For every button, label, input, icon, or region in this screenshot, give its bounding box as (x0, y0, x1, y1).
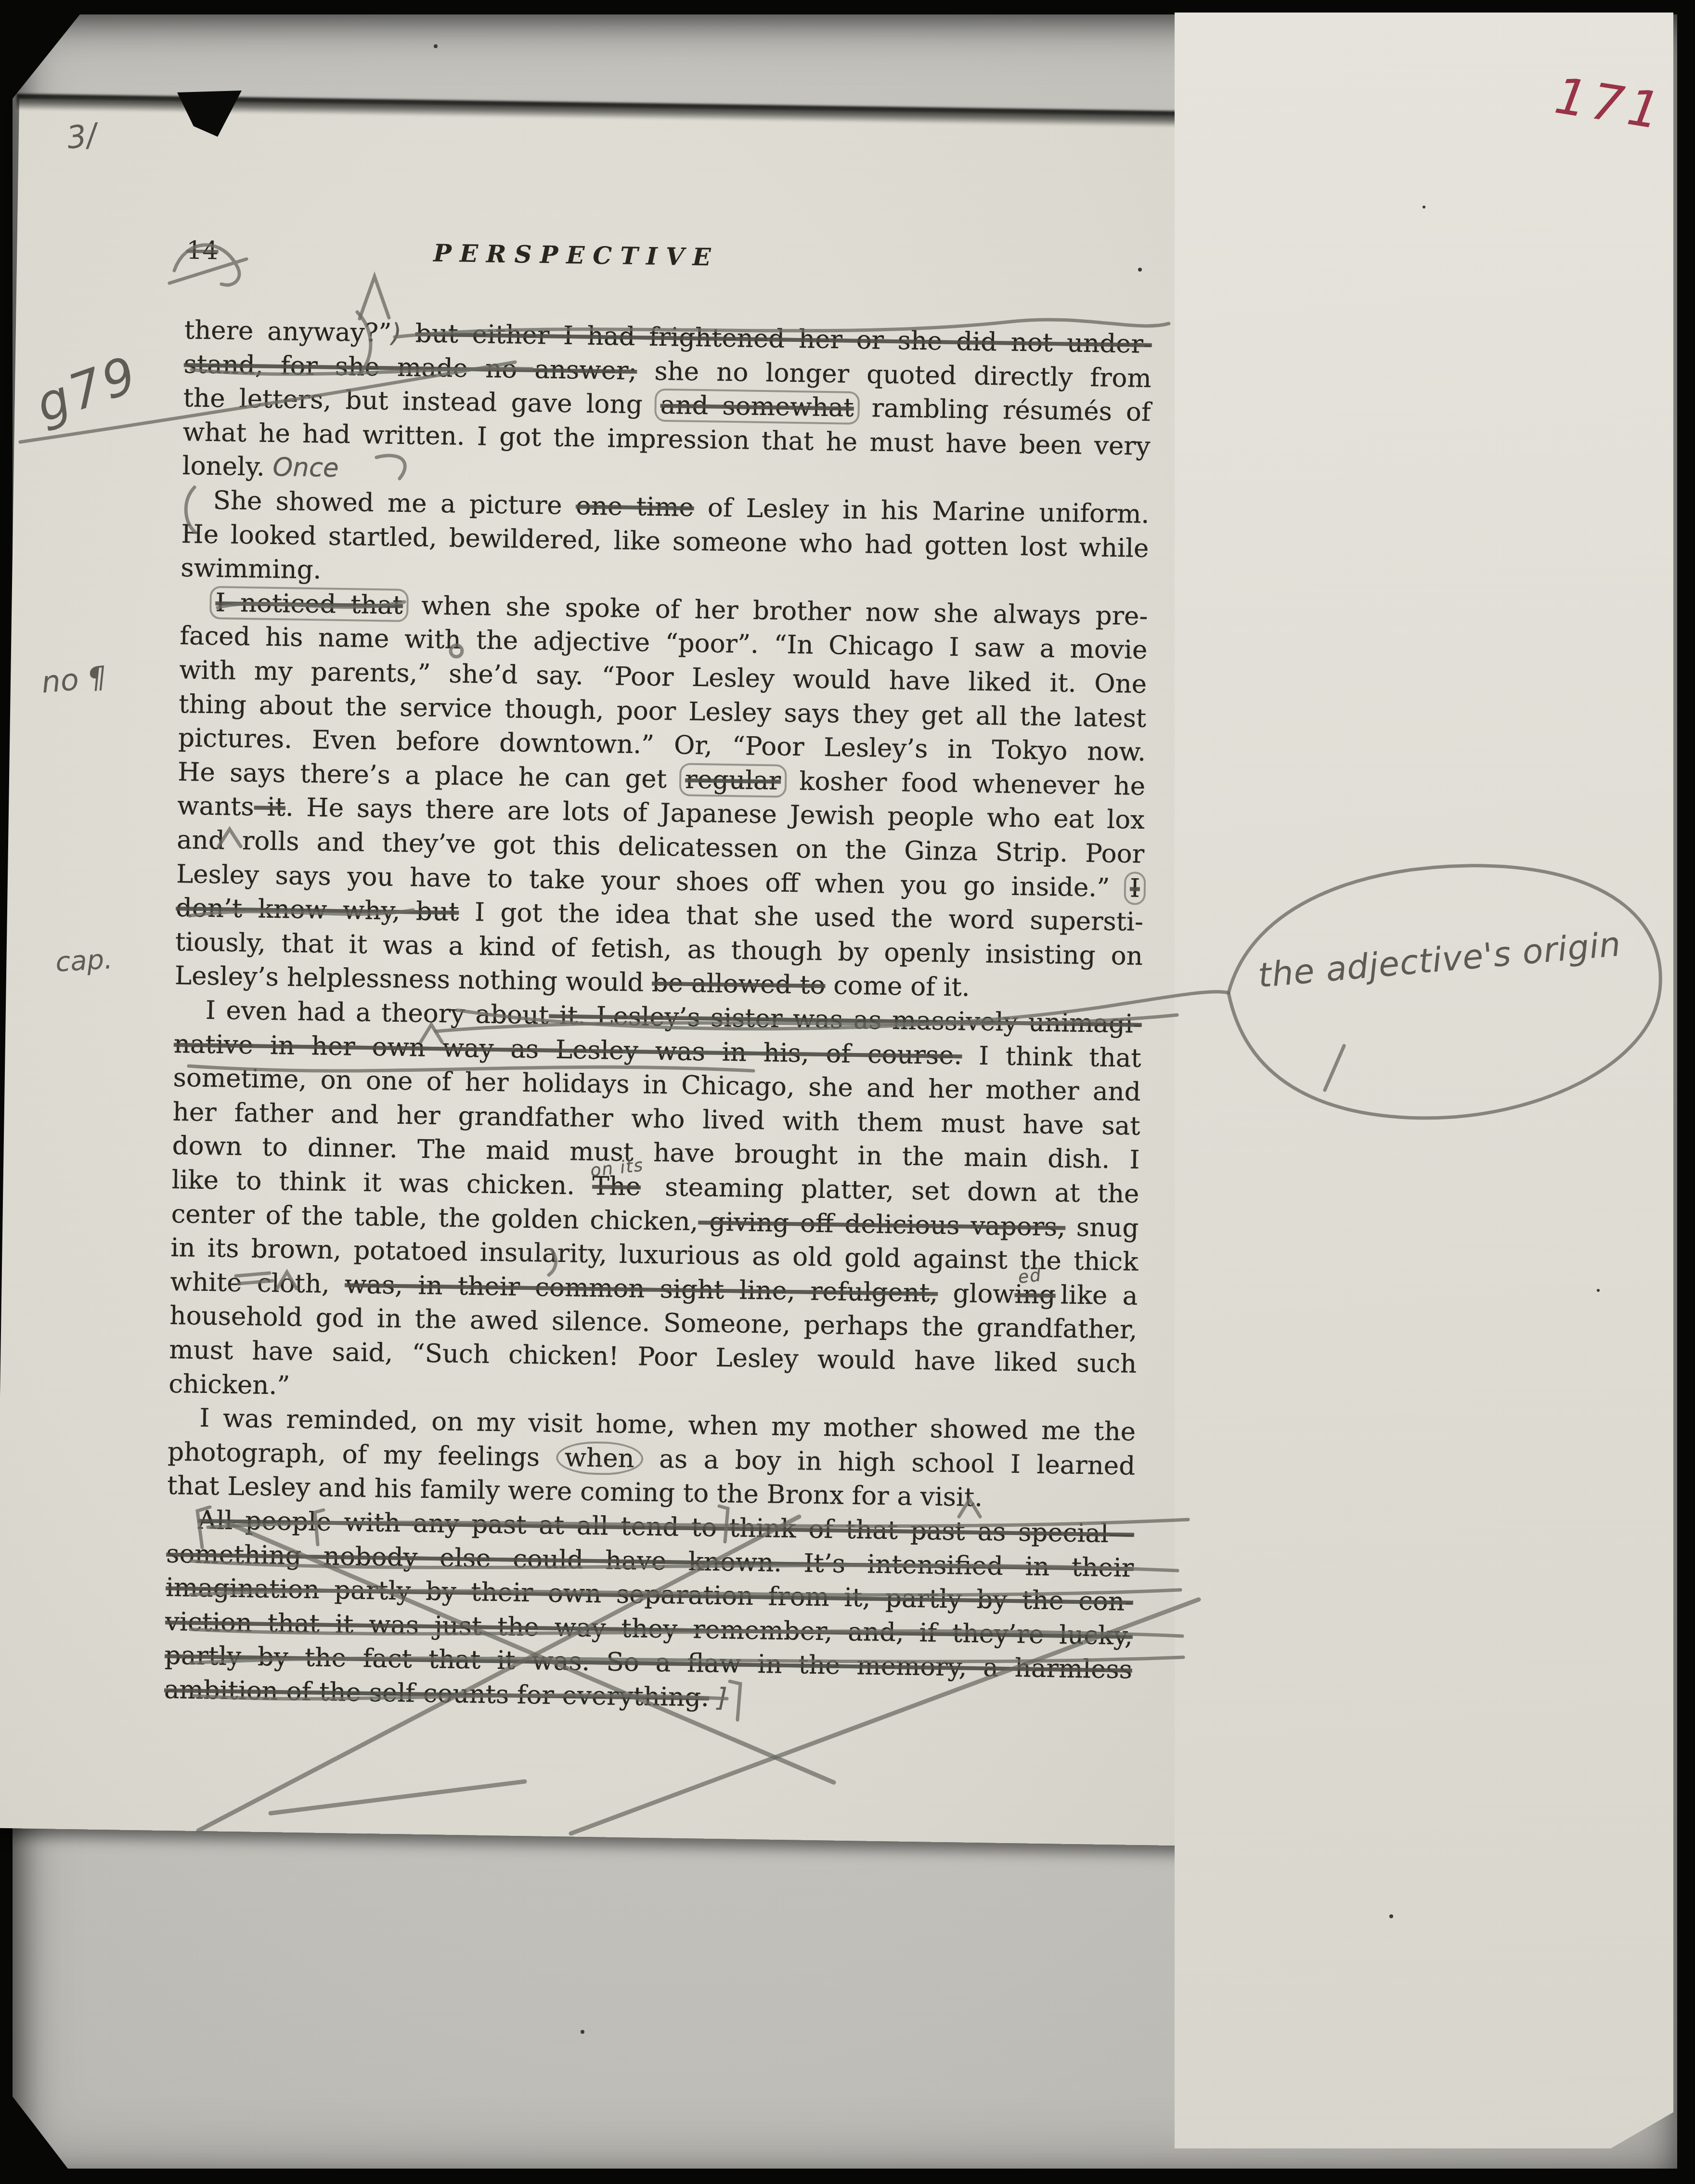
text-segment: glow (938, 1278, 1015, 1309)
blank-paper-strip: 171 the adjective's origin (1175, 13, 1673, 2148)
handwritten-insert: on its (589, 1149, 646, 1188)
boxed-deleted-text: regular (681, 765, 785, 795)
handwritten-insert: ] (709, 1683, 727, 1713)
text-segment: She showed me a picture (213, 486, 576, 520)
red-folio-number: 171 (1551, 66, 1669, 141)
text-segment: lonely. (182, 452, 273, 482)
text-segment: He says there’s a place he can get (178, 757, 682, 794)
struck-text: one time (576, 491, 695, 522)
margin-note-cap: cap. (55, 944, 114, 978)
text-segment: like a (1045, 1280, 1138, 1311)
struck-text: giving off delicious vapors, (698, 1207, 1066, 1242)
margin-note-no-paragraph: no ¶ (40, 659, 108, 700)
text-segment: kosher food whenever he (785, 767, 1146, 801)
boxed-deleted-text: and somewhat (656, 390, 858, 423)
boxed-deleted-text: I (1126, 873, 1144, 903)
struck-text: was, in their common sight line, refulge… (345, 1270, 938, 1308)
page-number: 14 (186, 236, 219, 265)
text-segment: I think that (962, 1041, 1141, 1073)
text-segment: swimming. (181, 553, 322, 585)
boxed-deleted-text: I noticed that (211, 588, 407, 620)
text-segment: snug (1065, 1212, 1139, 1243)
text-segment: of Lesley in his Marine uniform. (694, 493, 1150, 529)
text-segment: the letters, but instead gave long (183, 383, 657, 420)
text-segment: center of the table, the golden chicken, (171, 1199, 699, 1236)
struck-text: be allowed to (652, 968, 826, 1000)
circled-text: when (556, 1441, 643, 1476)
handwritten-insert: ed (1017, 1259, 1044, 1295)
struck-text: it (254, 793, 285, 822)
handwritten-insert: Once (272, 453, 339, 483)
text-segment: like to think it was chicken. (171, 1165, 592, 1201)
text-segment: she no longer quoted directly from (637, 356, 1152, 393)
margin-note-g79: g79 (28, 344, 146, 434)
text-segment: chicken.” (168, 1369, 290, 1400)
text-segment: come of it. (825, 971, 970, 1002)
text-segment: wants (177, 791, 254, 821)
struck-text: ambition of the self counts for everythi… (164, 1675, 710, 1713)
scanned-photo: { "photo": { "page": { "folio_note": "3/… (0, 0, 1695, 2184)
handwritten-insert: ) (391, 319, 415, 349)
text-segment: as a boy in high school I learned (643, 1444, 1135, 1481)
text-segment: white cloth, (170, 1267, 345, 1299)
text-segment: steaming platter, set down at the (647, 1172, 1139, 1209)
balloon-note-text: the adjective's origin (1256, 918, 1692, 995)
text-segment: I even had a theory about (206, 996, 549, 1030)
struck-text: it. Lesley’s sister was as massively uni… (549, 1001, 1142, 1039)
handwritten-folio-note: 3/ (65, 117, 99, 156)
text-segment: rambling résumés of (857, 393, 1151, 427)
text-segment: Lesley’s helplessness nothing would (175, 961, 652, 998)
struck-text: don’t know why, but (176, 893, 459, 927)
struck-text: stand, for she made no answer; (183, 350, 637, 386)
text-segment: there anyway?” (184, 315, 391, 348)
text-segment: photograph, of my feelings (168, 1437, 556, 1472)
typed-page: 3/ 14 PERSPECTIVE g79 no ¶ cap. there an… (0, 99, 1219, 1846)
page-title: PERSPECTIVE (433, 239, 719, 272)
